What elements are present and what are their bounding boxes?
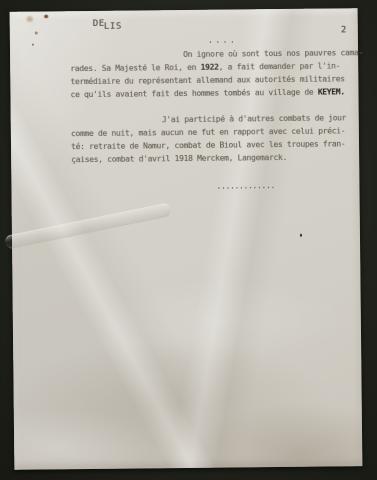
paragraph2-line1: J'ai participé à d'autres combats de jou… xyxy=(162,113,346,124)
page-header-name: DELIS xyxy=(93,19,123,29)
ink-speck xyxy=(300,234,302,237)
rust-stain-2 xyxy=(25,16,35,23)
rust-stain-1 xyxy=(44,14,49,18)
closing-dots: ............. xyxy=(216,181,275,191)
paragraph1-line3: termédiaire du représentant allemand aux… xyxy=(70,74,344,86)
p1-line4-place-name: KEYEM. xyxy=(318,87,345,96)
p1-line2-post: , a fait demander par l'in- xyxy=(219,61,340,71)
p1-line4-pre: ce qu'ils avaient fait des hommes tombés… xyxy=(70,88,317,100)
paragraph2-line4: çaises, combat d'avril 1918 Merckem, Lan… xyxy=(71,153,287,164)
paragraph2-line2: comme de nuit, mais aucun ne fut en rapp… xyxy=(71,126,345,138)
fold-crease xyxy=(4,202,171,249)
separator-dots: .... xyxy=(208,35,237,44)
p1-line2-pre: rades. Sa Majesté le Roi, en xyxy=(70,63,200,73)
paragraph1-line1: On ignore où sont tous nos pauvres cama- xyxy=(183,48,363,59)
document-page: DELIS 2 .... On ignore où sont tous nos … xyxy=(10,8,363,470)
paragraph1-line2: rades. Sa Majesté le Roi, en 1922, a fai… xyxy=(70,61,340,73)
p1-line2-year: 1922 xyxy=(201,63,219,72)
rust-stain-3 xyxy=(35,32,38,35)
scan-background: DELIS 2 .... On ignore où sont tous nos … xyxy=(0,0,377,480)
paragraph2-line3: té: retraite de Namur, combat de Bioul a… xyxy=(71,139,345,151)
header-part-lis: LIS xyxy=(104,21,122,31)
page-number: 2 xyxy=(341,25,346,35)
rust-stain-4 xyxy=(32,44,34,46)
paragraph1-line4: ce qu'ils avaient fait des hommes tombés… xyxy=(70,87,344,99)
